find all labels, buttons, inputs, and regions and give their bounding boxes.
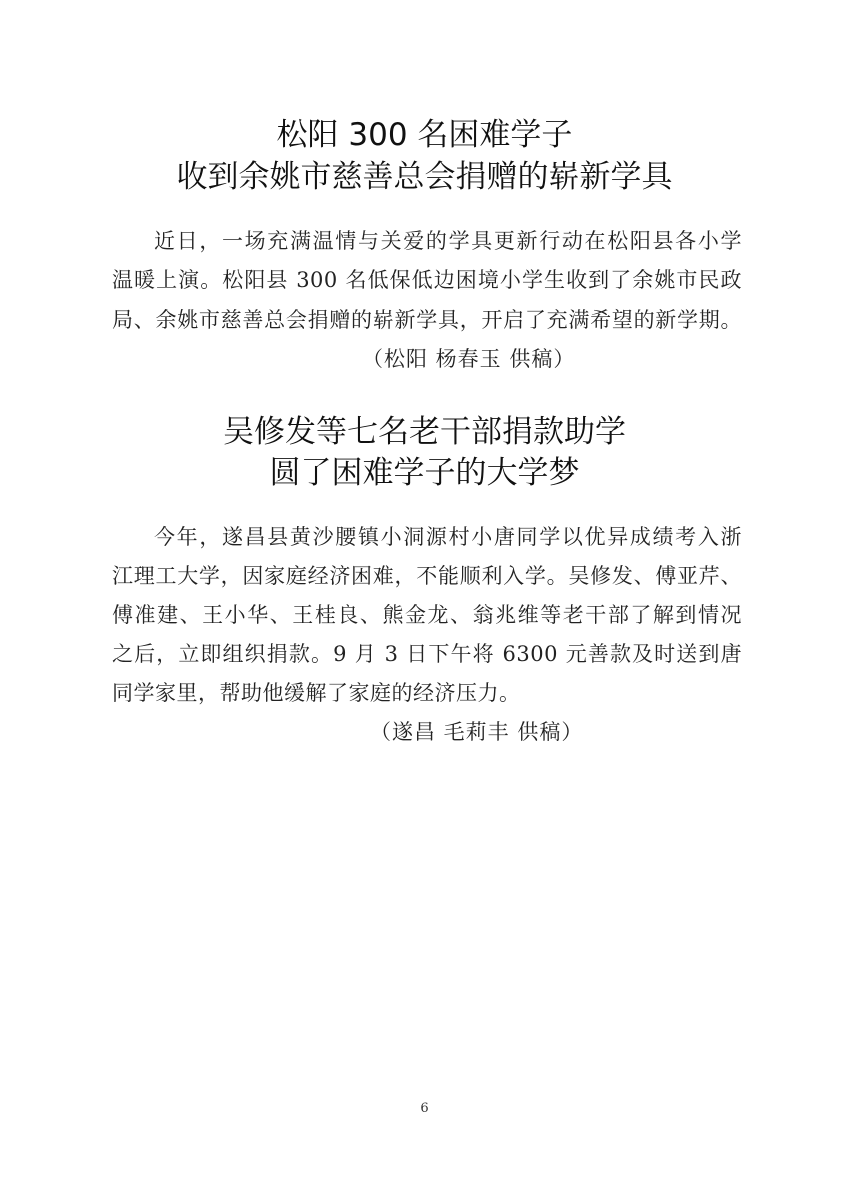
article-2-byline: （遂昌 毛莉丰 供稿） <box>370 717 583 747</box>
article-1-body-line-3: 局、余姚市慈善总会捐赠的崭新学具，开启了充满希望的新学期。 <box>112 305 742 335</box>
article-2-title-line-2: 圆了困难学子的大学梦 <box>0 451 849 495</box>
article-1-body-line-1: 近日，一场充满温情与关爱的学具更新行动在松阳县各小学 <box>154 226 742 256</box>
page-number: 6 <box>0 1101 849 1116</box>
article-2-body-line-5: 同学家里，帮助他缓解了家庭的经济压力。 <box>112 678 742 708</box>
article-2-title-line-1: 吴修发等七名老干部捐款助学 <box>0 410 849 454</box>
article-2-body-line-1: 今年，遂昌县黄沙腰镇小洞源村小唐同学以优异成绩考入浙 <box>154 522 742 552</box>
article-2-body-line-4: 之后，立即组织捐款。9 月 3 日下午将 6300 元善款及时送到唐 <box>112 639 742 669</box>
article-1-title-line-2: 收到余姚市慈善总会捐赠的崭新学具 <box>0 155 849 199</box>
article-1-title-line-1: 松阳 300 名困难学子 <box>0 113 849 157</box>
article-2-body-line-3: 傅准建、王小华、王桂良、熊金龙、翁兆维等老干部了解到情况 <box>112 600 742 630</box>
article-2-body-line-2: 江理工大学，因家庭经济困难，不能顺利入学。吴修发、傅亚芹、 <box>112 561 742 591</box>
article-1-byline: （松阳 杨春玉 供稿） <box>362 344 575 374</box>
article-1-body-line-2: 温暖上演。松阳县 300 名低保低边困境小学生收到了余姚市民政 <box>112 265 742 295</box>
